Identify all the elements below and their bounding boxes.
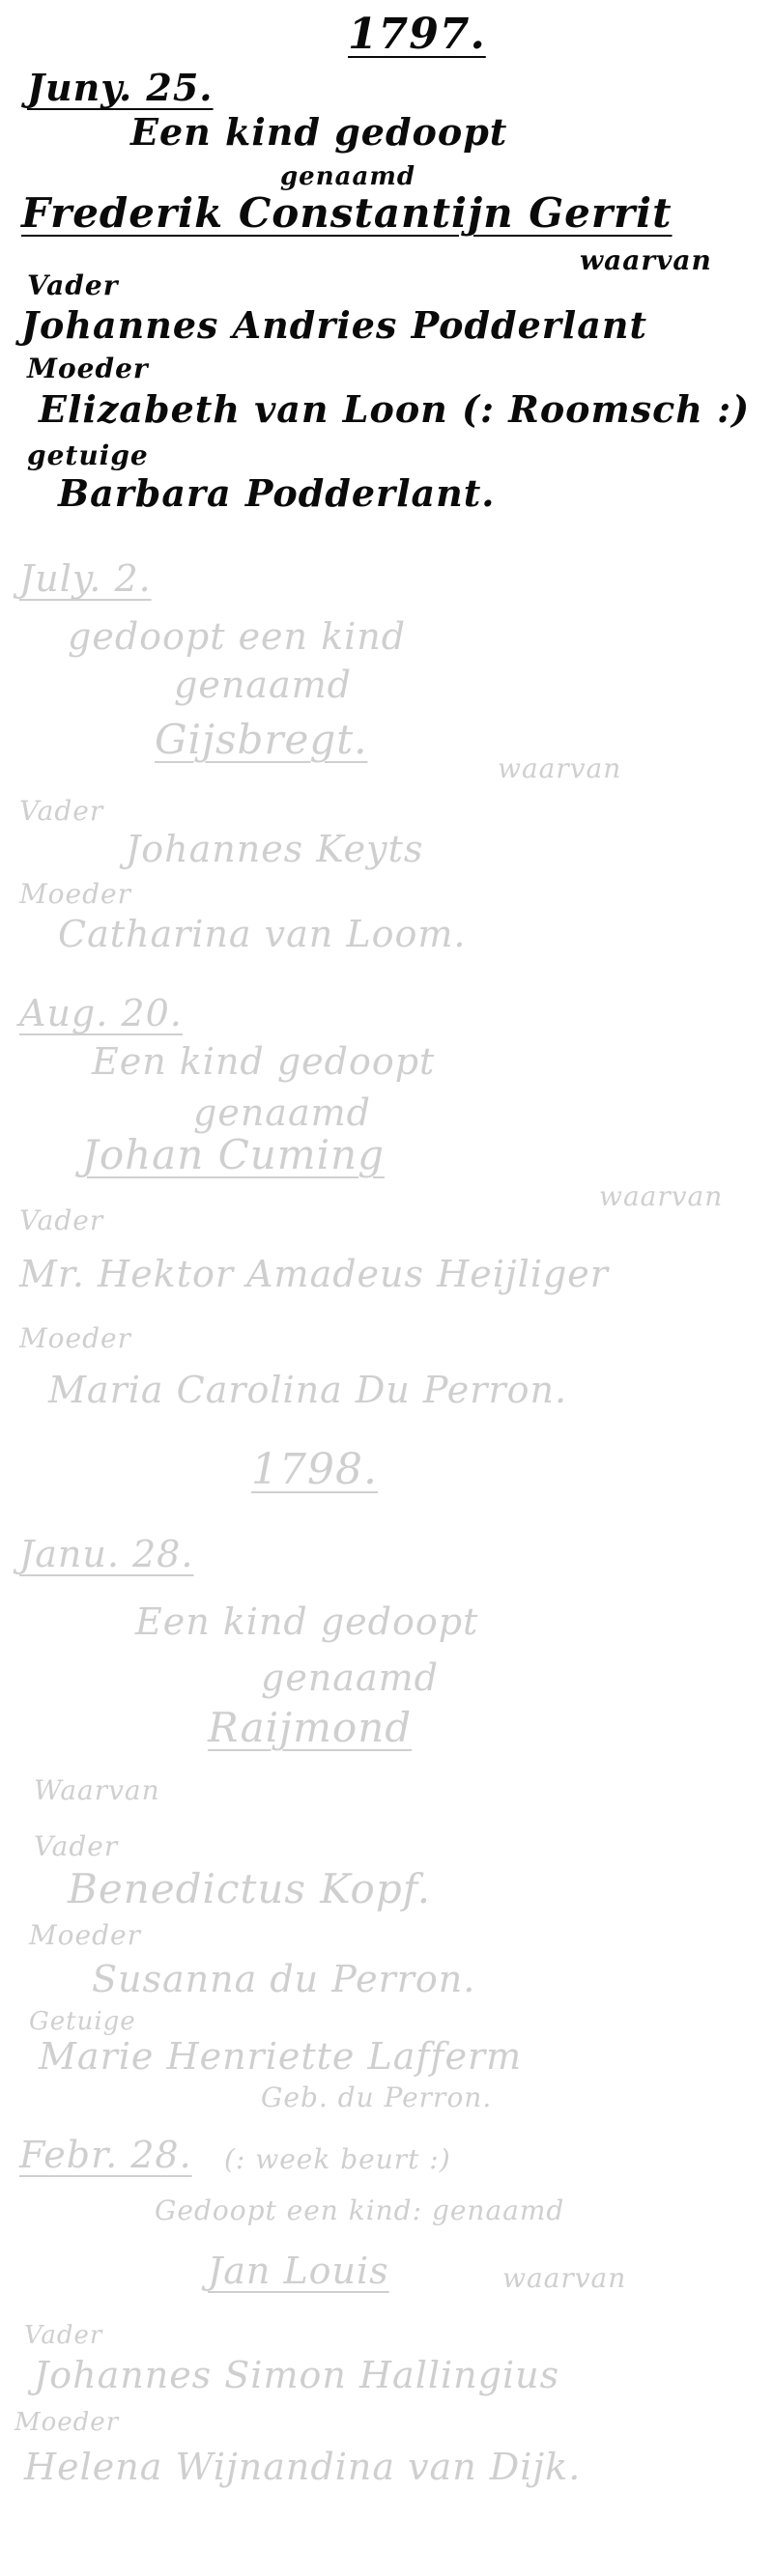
entry-genaamd: genaamd [261,1659,439,1696]
entry-genaamd: genaamd [174,666,352,703]
entry-line1: Een kind gedoopt [92,1043,435,1080]
getuige-note: Geb. du Perron. [261,2084,492,2111]
vader-label: Vader [19,1207,103,1234]
entry-waarvan: waarvan [580,247,712,274]
child-name: Jan Louis [208,2252,389,2289]
getuige-label: getuige [27,442,149,469]
moeder-name: Catharina van Loom. [58,916,466,952]
entry-line1: gedoopt een kind [68,618,406,655]
moeder-name: Susanna du Perron. [92,1961,475,1997]
register-page: 1797. Juny. 25. Een kind gedoopt genaamd… [0,0,773,2576]
entry-line1: Een kind gedoopt [130,114,507,151]
entry-genaamd: genaamd [280,164,415,189]
entry-genaamd: genaamd [193,1094,371,1131]
vader-name: Johannes Simon Hallingius [34,2357,559,2393]
moeder-label: Moeder [29,1922,141,1949]
getuige-name: Barbara Podderlant. [58,475,496,512]
entry-waarvan: waarvan [599,1183,723,1210]
entry-date: Janu. 28. [19,1536,193,1572]
year-heading-1798: 1798. [251,1449,378,1491]
moeder-name: Elizabeth van Loon (: Roomsch :) [39,391,750,428]
entry-line1: Gedoopt een kind: genaamd [155,2197,564,2224]
moeder-label: Moeder [19,1325,131,1352]
entry-date: Juny. 25. [27,70,214,106]
vader-label: Vader [34,1833,118,1860]
moeder-label: Moeder [14,2410,119,2435]
vader-label: Vader [24,2323,102,2348]
vader-name: Benedictus Kopf. [68,1869,431,1910]
getuige-label: Getuige [29,2009,136,2034]
moeder-name: Helena Wijnandina van Dijk. [24,2449,581,2485]
entry-note: (: week beurt :) [224,2146,451,2173]
getuige-name: Marie Henriette Lafferm [39,2038,522,2075]
vader-name: Johannes Keyts [126,831,423,867]
entry-date: July. 2. [19,560,152,597]
vader-name: Johannes Andries Podderlant [21,307,647,344]
entry-date: Aug. 20. [19,995,183,1032]
moeder-label: Moeder [19,881,131,908]
entry-waarvan: Waarvan [34,1777,160,1804]
child-name: Raijmond [208,1708,412,1748]
entry-waarvan: waarvan [502,2265,626,2292]
vader-label: Vader [19,798,103,825]
entry-line1: Een kind gedoopt [135,1603,478,1640]
year-heading-1797: 1797. [348,14,486,56]
moeder-label: Moeder [27,355,149,382]
vader-label: Vader [27,272,118,299]
vader-name: Mr. Hektor Amadeus Heijliger [19,1256,609,1292]
child-name: Johan Cuming [82,1135,385,1175]
entry-date: Febr. 28. [19,2137,192,2173]
child-name: Gijsbregt. [155,720,368,760]
child-name: Frederik Constantijn Gerrit [21,193,673,234]
moeder-name: Maria Carolina Du Perron. [48,1372,567,1408]
entry-waarvan: waarvan [498,755,621,782]
